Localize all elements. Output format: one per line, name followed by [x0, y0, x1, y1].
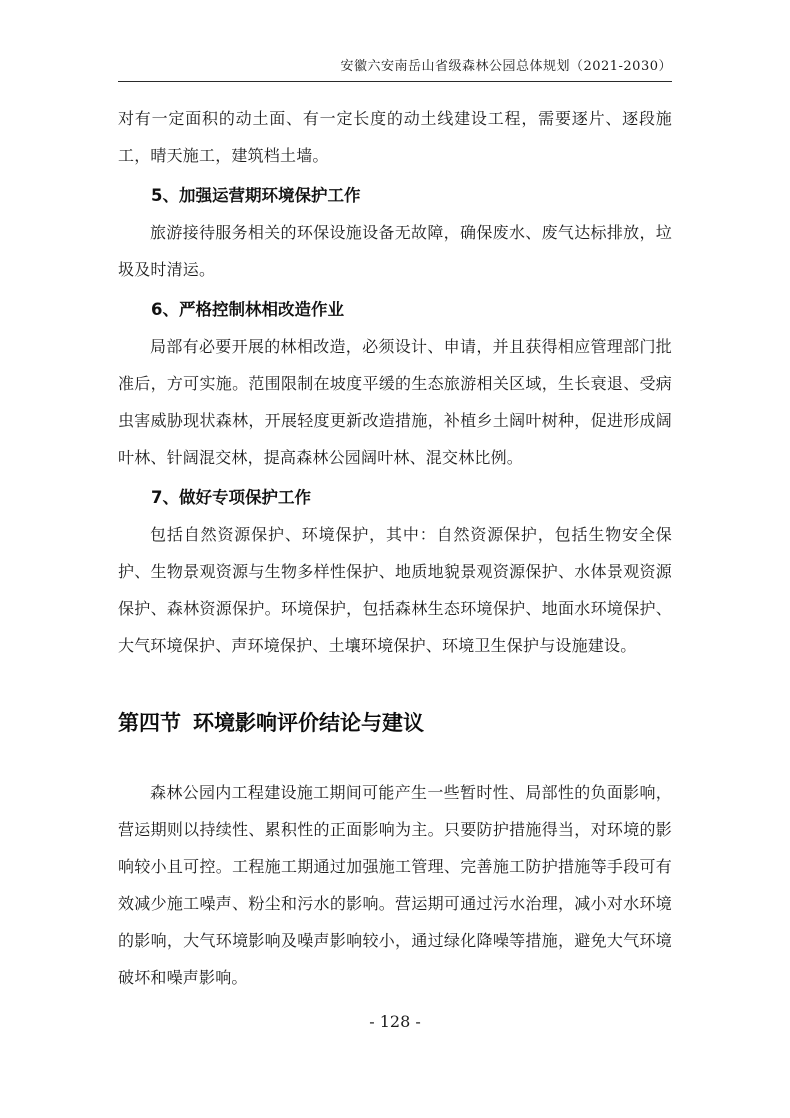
chapter-title-text: 环境影响评价结论与建议: [193, 711, 424, 735]
sub-heading-6: 6、严格控制林相改造作业: [118, 291, 672, 328]
paragraph-chapter-conclusion: 森林公园内工程建设施工期间可能产生一些暂时性、局部性的负面影响，营运期则以持续性…: [118, 774, 672, 996]
page-header: 安徽六安南岳山省级森林公园总体规划（2021-2030）: [118, 0, 672, 82]
running-head-title: 安徽六安南岳山省级森林公园总体规划（2021-2030）: [118, 57, 672, 76]
page-body: 对有一定面积的动土面、有一定长度的动土线建设工程，需要逐片、逐段施工，晴天施工，…: [118, 100, 672, 996]
paragraph-section-7: 包括自然资源保护、环境保护，其中：自然资源保护，包括生物安全保护、生物景观资源与…: [118, 516, 672, 664]
sub-heading-5: 5、加强运营期环境保护工作: [118, 177, 672, 214]
paragraph-section-6: 局部有必要开展的林相改造，必须设计、申请，并且获得相应管理部门批准后，方可实施。…: [118, 328, 672, 476]
chapter-title: 第四节环境影响评价结论与建议: [118, 702, 672, 744]
page-number: - 128 -: [369, 1012, 421, 1031]
paragraph-continuation: 对有一定面积的动土面、有一定长度的动土线建设工程，需要逐片、逐段施工，晴天施工，…: [118, 100, 672, 174]
page-footer: - 128 -: [0, 1012, 790, 1032]
document-page: 安徽六安南岳山省级森林公园总体规划（2021-2030） 对有一定面积的动土面、…: [0, 0, 790, 1118]
chapter-number: 第四节: [118, 711, 181, 735]
sub-heading-7: 7、做好专项保护工作: [118, 479, 672, 516]
paragraph-section-5: 旅游接待服务相关的环保设施设备无故障，确保废水、废气达标排放，垃圾及时清运。: [118, 214, 672, 288]
